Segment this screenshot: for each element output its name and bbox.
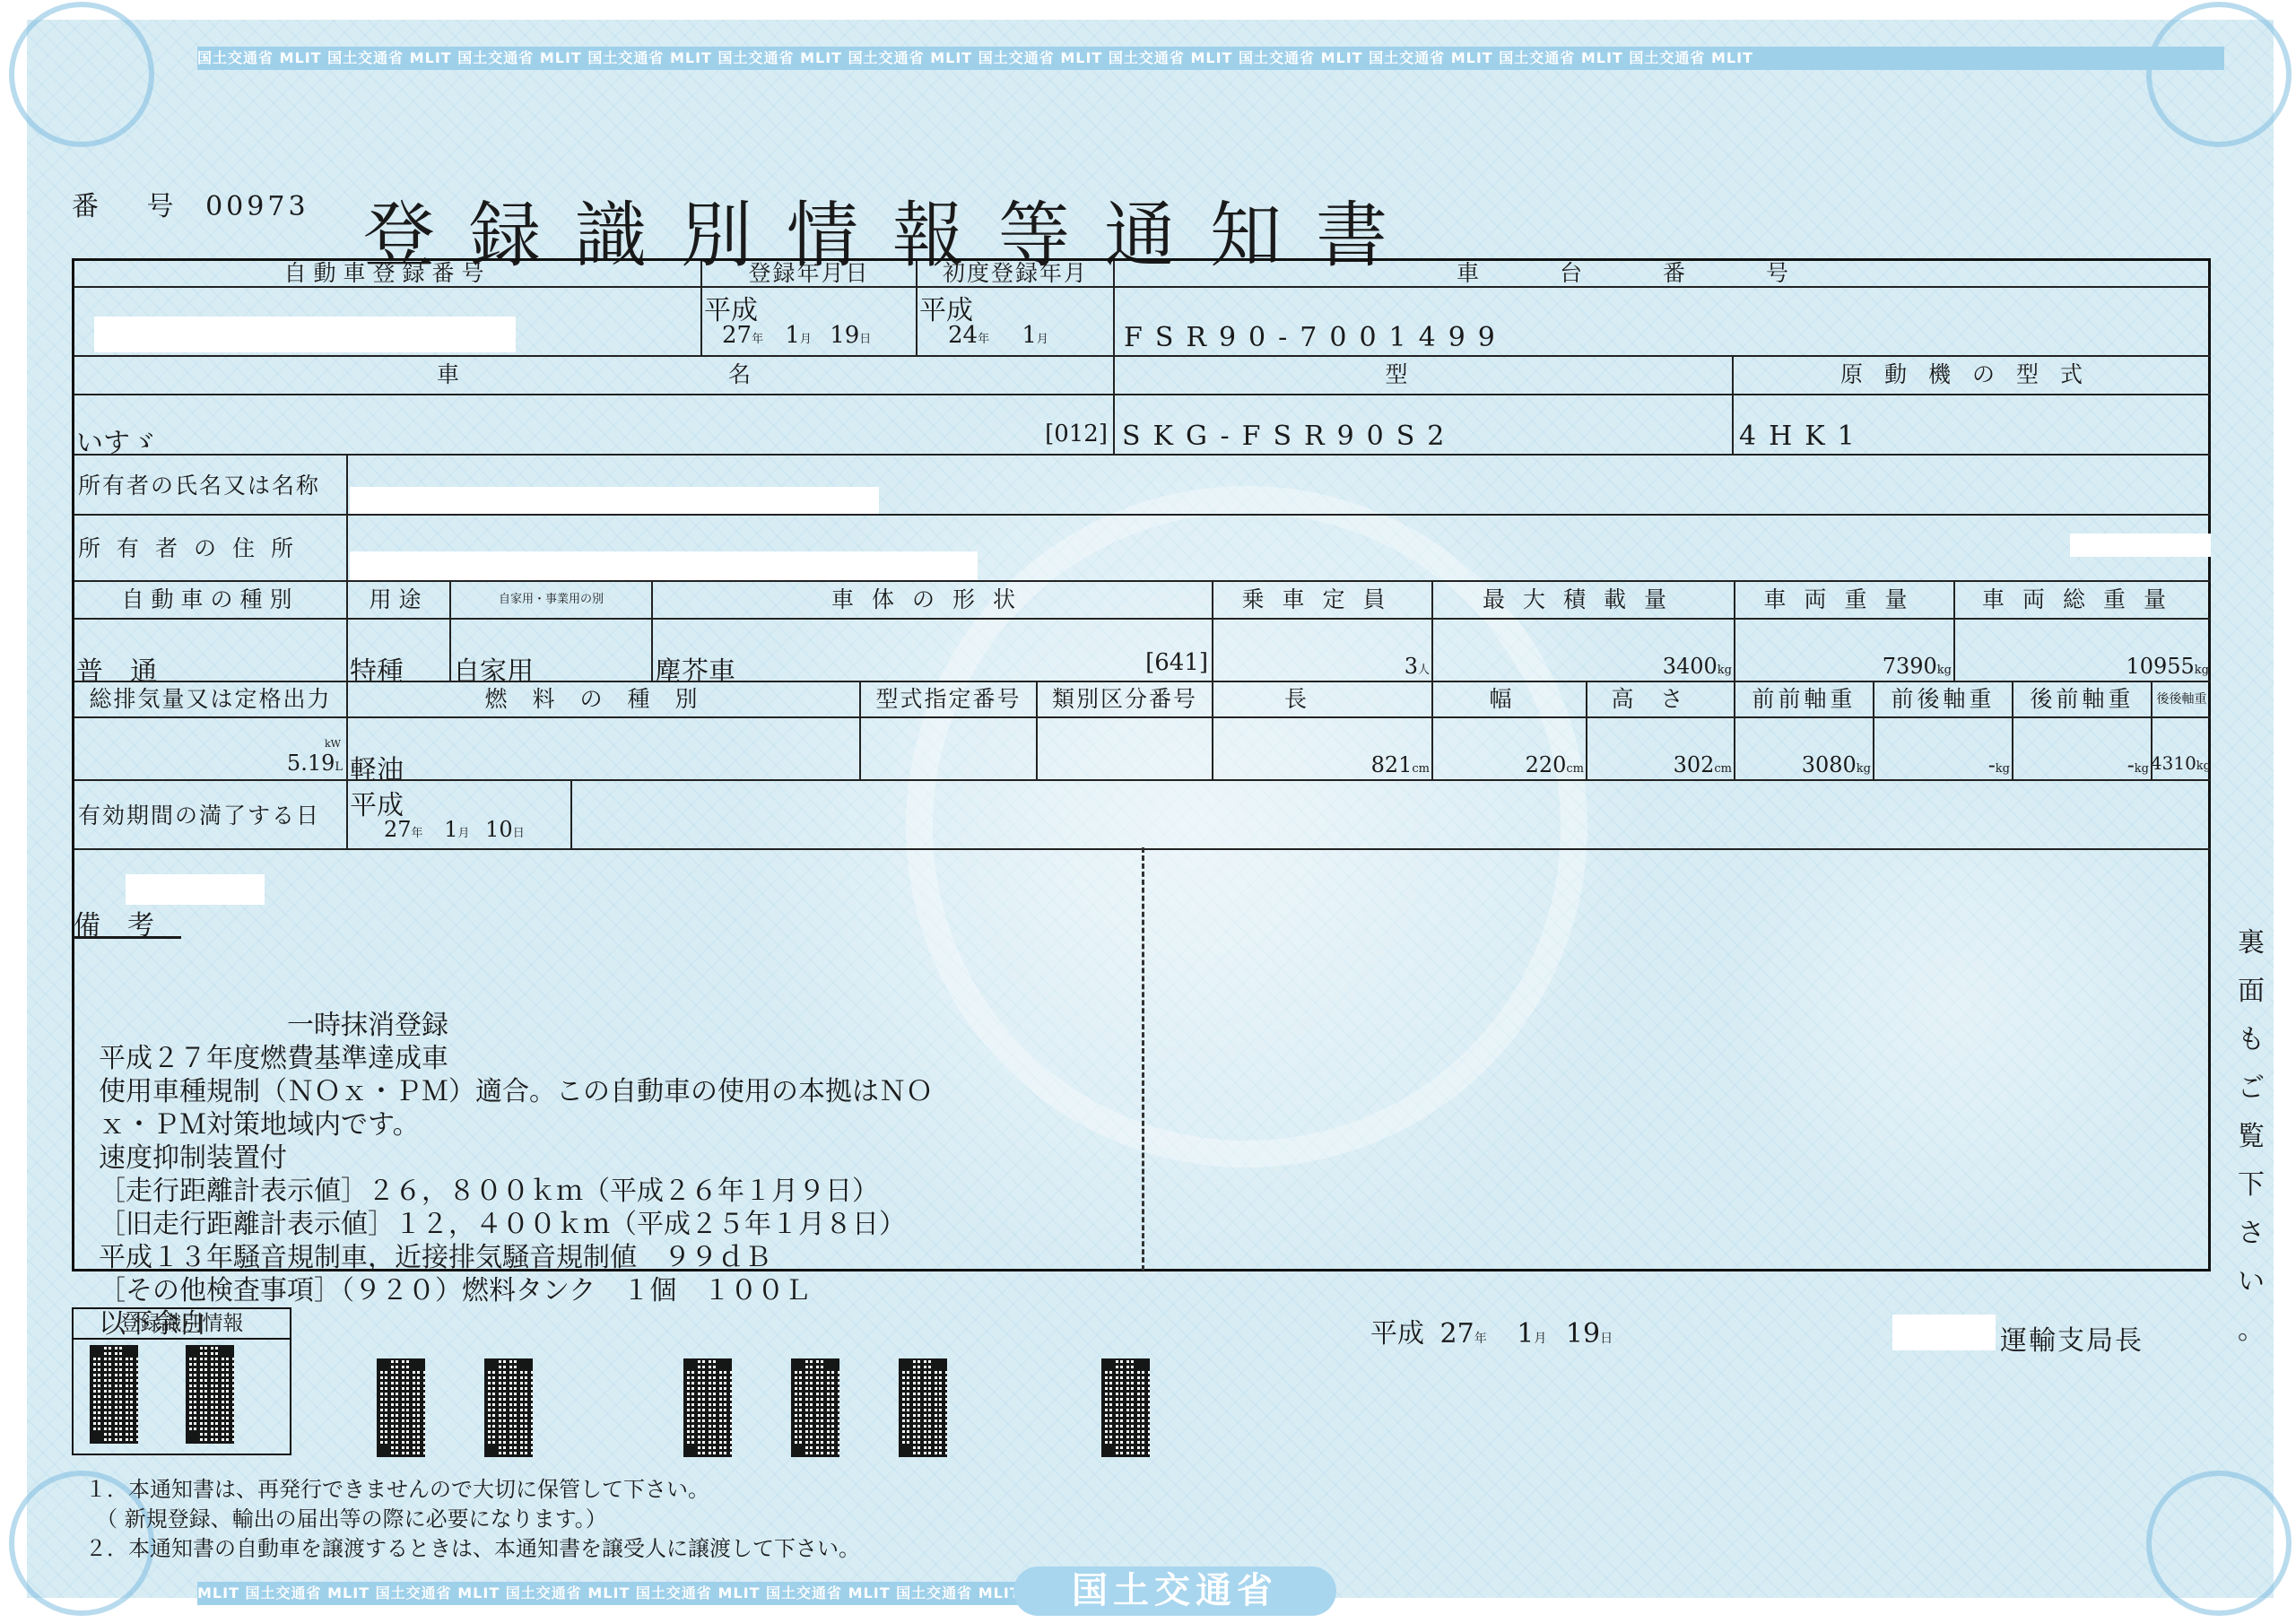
ornament-corner-icon (2146, 1471, 2292, 1616)
height-text: 302 (1674, 752, 1715, 777)
remarks-line: ［旧走行距離計表示値］１２，４００ｋｍ（平成２５年１月８日） (99, 1208, 933, 1241)
qr-code-icon (683, 1358, 732, 1457)
header-vehicle-weight: 車両重量 (1735, 582, 1955, 620)
rr-axle-value: 4310kg (2152, 718, 2211, 781)
redacted-address-extra (2070, 534, 2211, 557)
issue-date: 平成 27年 1月 19日 (1370, 1311, 1613, 1350)
private-business-text: 自家用 (453, 649, 534, 682)
remarks-divider (1142, 847, 1144, 1271)
remarks-line: ［走行距離計表示値］２６，８００ｋｍ（平成２６年１月９日） (99, 1175, 933, 1208)
car-name-value: いすゞ [012] (74, 395, 1115, 456)
registration-identification-label: 登録識別情報 (74, 1309, 290, 1340)
qr-code-icon (186, 1345, 234, 1444)
header-fuel: 燃料の種別 (348, 682, 861, 718)
document-number-value: 00973 (205, 191, 309, 222)
owner-name-value (348, 456, 2211, 516)
owner-address-value (348, 516, 2211, 582)
max-load-value: 3400kg (1433, 620, 1735, 682)
redacted-remarks-prefix (126, 874, 265, 905)
header-rr-axle: 後後軸重 (2152, 682, 2211, 718)
expiry-blank (572, 781, 2211, 850)
header-usage: 用途 (348, 582, 451, 620)
type-designation-value (861, 718, 1038, 781)
note-line: （ 新規登録、輸出の届出等の際に必要になります。） (85, 1505, 860, 1534)
ornament-corner-icon (9, 2, 154, 147)
registration-number-value (74, 288, 702, 357)
side-note-char: い (2233, 1258, 2269, 1306)
redacted-owner-address (350, 551, 978, 582)
ff-axle-value: 3080kg (1735, 718, 1874, 781)
side-note-char: も (2233, 1016, 2269, 1064)
header-category-number: 類別区分番号 (1038, 682, 1213, 718)
fr-axle-value: -kg (1874, 718, 2013, 781)
header-ff-axle: 前前軸重 (1735, 682, 1874, 718)
note-line: １．本通知書は、再発行できませんので大切に保管して下さい。 (85, 1475, 860, 1505)
side-note-char: ご (2233, 1064, 2269, 1113)
height-value: 302cm (1587, 718, 1735, 781)
header-fr-axle: 前後軸重 (1874, 682, 2013, 718)
registration-date-value: 平成 27年 1月 19日 (702, 288, 918, 357)
remarks-line: 平成１３年騒音規制車，近接排気騒音規制値 ９９ｄＢ (99, 1241, 933, 1274)
registration-identification-box: 登録識別情報 (72, 1307, 291, 1455)
qr-code-icon (791, 1358, 839, 1457)
document-number: 番 号 00973 (72, 184, 309, 223)
remarks-section: 備考 一時抹消登録平成２７年度燃費基準達成車使用車種規制（ＮＯｘ・ＰＭ）適合。こ… (99, 874, 933, 1374)
header-height: 高さ (1587, 682, 1735, 718)
length-value: 821cm (1213, 718, 1433, 781)
fr-axle-text: - (1988, 752, 1996, 777)
header-chassis-number: 車台番号 (1115, 261, 2211, 288)
mlit-security-band: 国土交通省 MLIT 国土交通省 MLIT 国土交通省 MLIT 国土交通省 M… (197, 47, 2224, 70)
header-displacement: 総排気量又は定格出力 (74, 682, 348, 718)
side-note-char: 裏 (2233, 919, 2269, 968)
remarks-line: 速度抑制装置付 (99, 1141, 933, 1175)
expiry-value: 平成 27年 1月 10日 (348, 781, 572, 850)
car-name-code: [012] (1045, 421, 1108, 447)
issuing-authority: 運輸支局長 (2000, 1318, 2144, 1358)
header-body-shape: 車体の形状 (653, 582, 1213, 620)
header-width: 幅 (1433, 682, 1587, 718)
header-car-name: 車名 (74, 357, 1115, 395)
rf-axle-text: - (2127, 752, 2135, 777)
header-model: 型式 (1115, 357, 1734, 395)
header-owner-name: 所有者の氏名又は名称 (74, 456, 348, 516)
side-note-char: 下 (2233, 1161, 2269, 1210)
remarks-line: 平成２７年度燃費基準達成車 (99, 1042, 933, 1075)
see-reverse-note: 裏面もご覧下さい。 (2233, 919, 2269, 1355)
header-type-designation: 型式指定番号 (861, 682, 1038, 718)
usage-text: 特種 (350, 649, 404, 682)
vehicle-weight-value: 7390kg (1735, 620, 1955, 682)
chassis-number-value: FSR90-7001499 (1115, 288, 2211, 357)
body-shape-code: [641] (1145, 649, 1208, 676)
remarks-title: 備考 (74, 909, 933, 942)
engine-model-value: 4HK1 (1734, 395, 2211, 456)
side-note-char: 面 (2233, 968, 2269, 1016)
remarks-line: 使用車種規制（ＮＯｘ・ＰＭ）適合。この自動車の使用の本拠はＮＯ (99, 1075, 933, 1108)
private-business-value: 自家用 (451, 620, 653, 682)
header-owner-address: 所有者の住所 (74, 516, 348, 582)
registration-date-ymd: 27年 1月 19日 (722, 322, 871, 349)
displacement-text: 5.19 (287, 751, 335, 776)
vehicle-kind-value: 普 通 (74, 620, 348, 682)
header-max-load: 最大積載量 (1433, 582, 1735, 620)
model-text: SKG-FSR90S2 (1122, 421, 1457, 452)
qr-code-icon (90, 1345, 138, 1444)
mlit-security-band-bottom: MLIT 国土交通省 MLIT 国土交通省 MLIT 国土交通省 MLIT 国土… (197, 1582, 1031, 1605)
header-first-registration: 初度登録年月 (918, 261, 1115, 288)
first-registration-value: 平成 24年 1月 (918, 288, 1115, 357)
header-vehicle-kind: 自動車の種別 (74, 582, 348, 620)
width-text: 220 (1526, 752, 1567, 777)
length-text: 821 (1371, 752, 1413, 777)
side-note-char: 。 (2233, 1306, 2269, 1355)
capacity-value: 3人 (1213, 620, 1433, 682)
chassis-number-text: FSR90-7001499 (1124, 322, 1508, 353)
car-name-text: いすゞ (76, 421, 157, 456)
capacity-text: 3 (1405, 654, 1418, 679)
header-capacity: 乗車定員 (1213, 582, 1433, 620)
displacement-value: kW 5.19L (74, 718, 348, 781)
max-load-text: 3400 (1663, 654, 1718, 679)
usage-value: 特種 (348, 620, 451, 682)
header-gross-weight: 車両総重量 (1955, 582, 2211, 620)
gross-weight-text: 10955 (2126, 654, 2194, 679)
model-value: SKG-FSR90S2 (1115, 395, 1734, 456)
vehicle-weight-text: 7390 (1883, 654, 1937, 679)
vehicle-kind-text: 普 通 (76, 649, 157, 682)
mlit-seal: 国土交通省 (1013, 1567, 1336, 1616)
body-shape-text: 塵芥車 (655, 649, 735, 682)
redacted-registration-number (94, 317, 516, 352)
document-number-label: 番 号 (72, 191, 194, 222)
notes-section: １．本通知書は、再発行できませんので大切に保管して下さい。 （ 新規登録、輸出の… (85, 1475, 860, 1564)
header-length: 長さ (1213, 682, 1433, 718)
header-engine-model: 原動機の型式 (1734, 357, 2211, 395)
header-expiry: 有効期間の満了する日 (74, 781, 348, 850)
fuel-text: 軽油 (350, 748, 404, 781)
category-number-value (1038, 718, 1213, 781)
fuel-value: 軽油 (348, 718, 861, 781)
header-registration-number: 自動車登録番号 (74, 261, 702, 288)
remarks-lines: 一時抹消登録平成２７年度燃費基準達成車使用車種規制（ＮＯｘ・ＰＭ）適合。この自動… (99, 1009, 933, 1341)
header-private-business: 自家用・事業用の別 (451, 582, 653, 620)
redacted-bureau-name (1892, 1315, 1996, 1350)
remarks-line: ｘ・ＰＭ対策地域内です。 (99, 1108, 933, 1141)
redacted-owner-name (350, 487, 879, 516)
side-note-char: さ (2233, 1210, 2269, 1258)
rf-axle-value: -kg (2013, 718, 2152, 781)
ornament-corner-icon (2146, 2, 2292, 147)
qr-code-icon (377, 1358, 425, 1457)
remarks-line: 一時抹消登録 (99, 1009, 933, 1042)
remarks-line: ［その他検査事項］（９２０）燃料タンク １個 １００Ｌ (99, 1274, 933, 1307)
qr-code-icon (484, 1358, 533, 1457)
first-registration-ym: 24年 1月 (948, 322, 1048, 349)
header-registration-date: 登録年月日 (702, 261, 918, 288)
rr-axle-text: 4310 (2152, 752, 2196, 774)
side-note-char: 覧 (2233, 1113, 2269, 1161)
ff-axle-text: 3080 (1802, 752, 1857, 777)
qr-code-icon (899, 1358, 947, 1457)
note-line: ２．本通知書の自動車を譲渡するときは、本通知書を譲受人に譲渡して下さい。 (85, 1534, 860, 1564)
header-rf-axle: 後前軸重 (2013, 682, 2152, 718)
width-value: 220cm (1433, 718, 1587, 781)
body-shape-value: 塵芥車 [641] (653, 620, 1213, 682)
gross-weight-value: 10955kg (1955, 620, 2211, 682)
engine-model-text: 4HK1 (1739, 421, 1867, 452)
expiry-ymd: 27年 1月 10日 (384, 817, 525, 842)
qr-code-icon (1101, 1358, 1150, 1457)
